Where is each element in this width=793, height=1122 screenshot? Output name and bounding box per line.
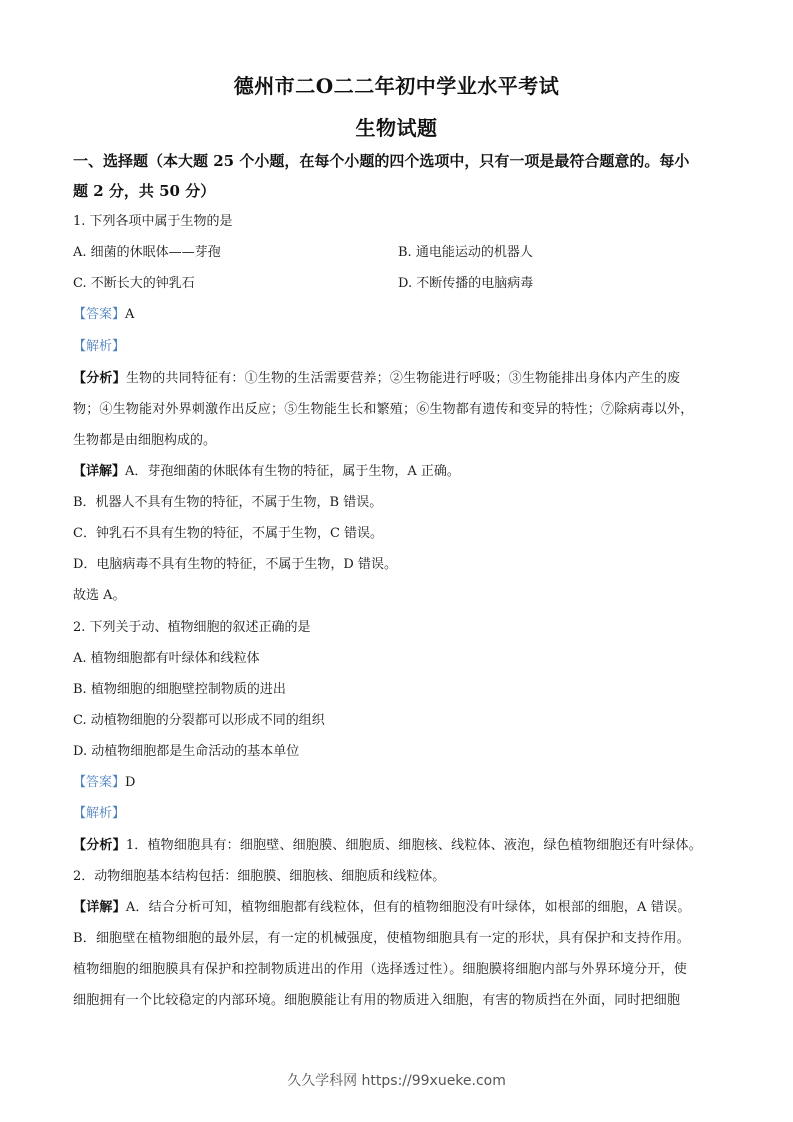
question-2-option-c: C. 动植物细胞的分裂都可以形成不同的组织: [73, 711, 728, 731]
question-1-fenxi-line-1: 【分析】生物的共同特征有：①生物的生活需要营养；②生物能进行呼吸；③生物能排出身…: [73, 369, 728, 389]
question-number: 2.: [73, 620, 85, 635]
fenxi-label: 【分析】: [73, 371, 126, 386]
question-2-option-d: D. 动植物细胞都是生命活动的基本单位: [73, 742, 728, 762]
question-2-xiangjie-line-1: 【详解】A．结合分析可知，植物细胞都有线粒体，但有的植物细胞没有叶绿体，如根部的…: [73, 898, 728, 918]
question-2-option-b: B. 植物细胞的细胞壁控制物质的进出: [73, 680, 728, 700]
exam-page: 德州市二O二二年初中学业水平考试 生物试题 一、选择题（本大题 25 个小题，在…: [0, 0, 793, 1122]
document-subtitle: 生物试题: [0, 112, 793, 141]
question-1-fenxi-line-2: 物；④生物能对外界刺激作出反应；⑤生物能生长和繁殖；⑥生物都有遗传和变异的特性；…: [73, 400, 728, 420]
question-2-analysis-label: 【解析】: [73, 804, 728, 824]
question-1-option-b: B. 通电能运动的机器人: [398, 243, 698, 263]
question-1-xiangjie-line-4: D．电脑病毒不具有生物的特征，不属于生物，D 错误。: [73, 555, 728, 575]
question-2-answer: 【答案】D: [73, 773, 728, 793]
question-1-xiangjie-line-1: 【详解】A．芽孢细菌的休眠体有生物的特征，属于生物，A 正确。: [73, 462, 728, 482]
fenxi-label: 【分析】: [73, 838, 126, 853]
question-1-xiangjie-line-3: C．钟乳石不具有生物的特征，不属于生物，C 错误。: [73, 524, 728, 544]
question-text: 下列各项中属于生物的是: [90, 214, 233, 229]
question-2-xiangjie-line-4: 细胞拥有一个比较稳定的内部环境。细胞膜能让有用的物质进入细胞，有害的物质挡在外面…: [73, 991, 728, 1011]
question-1-xiangjie-line-2: B．机器人不具有生物的特征，不属于生物，B 错误。: [73, 493, 728, 513]
question-2-stem: 2. 下列关于动、植物细胞的叙述正确的是: [73, 618, 728, 638]
answer-value: D: [125, 775, 135, 790]
question-2-xiangjie-line-2: B．细胞壁在植物细胞的最外层，有一定的机械强度，使植物细胞具有一定的形状，具有保…: [73, 929, 728, 949]
answer-label: 【答案】: [73, 307, 125, 322]
section-heading: 一、选择题（本大题 25 个小题，在每个小题的四个选项中，只有一项是最符合题意的…: [73, 146, 723, 206]
section-heading-line-2: 题 2 分，共 50 分）: [73, 176, 723, 206]
question-1-fenxi-line-3: 生物都是由细胞构成的。: [73, 431, 728, 451]
document-title: 德州市二O二二年初中学业水平考试: [0, 70, 793, 99]
question-2-xiangjie-line-3: 植物细胞的细胞膜具有保护和控制物质进出的作用（选择透过性）。细胞膜将细胞内部与外…: [73, 960, 728, 980]
question-text: 下列关于动、植物细胞的叙述正确的是: [90, 620, 311, 635]
question-1-conclusion: 故选 A。: [73, 586, 728, 606]
footer-watermark: 久久学科网 https://99xueke.com: [0, 1070, 793, 1090]
question-2-fenxi-line-1: 【分析】1．植物细胞具有：细胞壁、细胞膜、细胞质、细胞核、线粒体、液泡，绿色植物…: [73, 836, 728, 856]
xiangjie-label: 【详解】: [73, 464, 125, 479]
question-1-answer: 【答案】A: [73, 305, 728, 325]
question-1-stem: 1. 下列各项中属于生物的是: [73, 212, 728, 232]
section-heading-line-1: 一、选择题（本大题 25 个小题，在每个小题的四个选项中，只有一项是最符合题意的…: [73, 146, 723, 176]
question-number: 1.: [73, 214, 85, 229]
question-2-fenxi-line-2: 2．动物细胞基本结构包括：细胞膜、细胞核、细胞质和线粒体。: [73, 867, 728, 887]
answer-value: A: [125, 307, 134, 322]
question-1-option-d: D. 不断传播的电脑病毒: [398, 274, 698, 294]
answer-label: 【答案】: [73, 775, 125, 790]
xiangjie-label: 【详解】: [73, 900, 126, 915]
question-2-option-a: A. 植物细胞都有叶绿体和线粒体: [73, 649, 728, 669]
question-1-analysis-label: 【解析】: [73, 337, 728, 357]
